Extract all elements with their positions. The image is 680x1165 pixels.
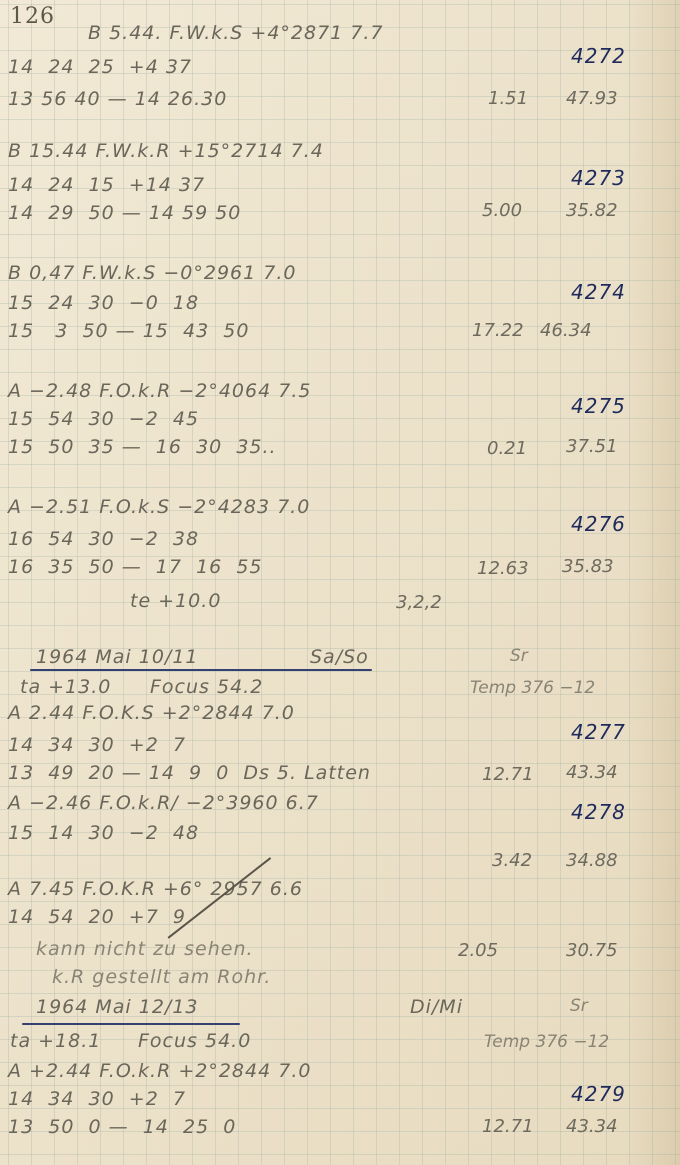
observation-id: 4274 — [571, 280, 626, 304]
value-2: 43.34 — [566, 1116, 618, 1137]
observation-id: 4278 — [571, 800, 626, 824]
session-day: Di/Mi — [410, 996, 463, 1018]
entry-header: B 15.44 F.W.k.R +15°2714 7.4 — [8, 140, 324, 162]
entry-header: A +2.44 F.O.k.R +2°2844 7.0 — [8, 1060, 311, 1082]
air-temperature: ta +13.0 — [20, 676, 111, 698]
value-1: 1.51 — [488, 88, 528, 109]
entry-row-2: 15 3 50 — 15 43 50 — [8, 320, 249, 342]
value-2: 46.34 — [540, 320, 592, 341]
value-2: 47.93 — [566, 88, 618, 109]
entry-row-1: 16 54 30 −2 38 — [8, 528, 199, 550]
entry-row-1: 14 34 30 +2 7 — [8, 1088, 186, 1110]
entry-header: A 2.44 F.O.K.S +2°2844 7.0 — [8, 702, 295, 724]
value-1: 12.71 — [482, 764, 534, 785]
observer-mark: Sr — [510, 646, 528, 666]
value-1: 3.42 — [492, 850, 532, 871]
observation-id: 4279 — [571, 1082, 626, 1106]
entry-header: A −2.46 F.O.k.R/ −2°3960 6.7 — [8, 792, 319, 814]
observation-id: 4276 — [571, 512, 626, 536]
session-underline — [22, 1023, 240, 1025]
value-1: 0.21 — [487, 438, 527, 459]
session-day: Sa/So — [310, 646, 369, 668]
entry-header: A 7.45 F.O.K.R +6° 2957 6.6 — [8, 878, 303, 900]
entry-header: A −2.51 F.O.k.S −2°4283 7.0 — [8, 496, 310, 518]
entry-row-2: 16 35 50 — 17 16 55 — [8, 556, 263, 578]
value-1: 12.63 — [477, 558, 529, 579]
entry-row-2: 13 50 0 — 14 25 0 — [8, 1116, 236, 1138]
entry-row-1: 14 24 15 +14 37 — [8, 174, 205, 196]
value-2: 37.51 — [566, 436, 618, 457]
value-2: 43.34 — [566, 762, 618, 783]
observation-id: 4272 — [571, 44, 626, 68]
entry-row-1: 15 14 30 −2 48 — [8, 822, 199, 844]
entry-row-1: 14 24 25 +4 37 — [8, 56, 192, 78]
observation-id: 4273 — [571, 166, 626, 190]
value-2: 30.75 — [566, 940, 618, 961]
temperature-reading: Temp 376 −12 — [484, 1032, 609, 1052]
entry-row-1: 14 34 30 +2 7 — [8, 734, 186, 756]
value-1: 17.22 — [472, 320, 524, 341]
entry-row-2: 13 49 20 — 14 9 0 Ds 5. Latten — [8, 762, 371, 784]
temperature-reading: Temp 376 −12 — [470, 678, 595, 698]
page-number: 126 — [10, 4, 55, 29]
value-1: 5.00 — [482, 200, 522, 221]
value-2: 34.88 — [566, 850, 618, 871]
remark: k.R gestellt am Rohr. — [52, 966, 271, 988]
observation-id: 4277 — [571, 720, 626, 744]
entry-header: B 0,47 F.W.k.S −0°2961 7.0 — [8, 262, 296, 284]
session-date: 1964 Mai 10/11 — [36, 646, 199, 668]
entry-row-2: 13 56 40 — 14 26.30 — [8, 88, 227, 110]
value-2: 35.83 — [562, 556, 614, 577]
session-date: 1964 Mai 12/13 — [36, 996, 199, 1018]
focus-setting: Focus 54.0 — [138, 1030, 251, 1052]
entry-row-2: 15 50 35 — 16 30 35.. — [8, 436, 277, 458]
value-1: 12.71 — [482, 1116, 534, 1137]
observer-mark: Sr — [570, 996, 588, 1016]
entry-row-1: 15 24 30 −0 18 — [8, 292, 199, 314]
entry-header: B 5.44. F.W.k.S +4°2871 7.7 — [88, 22, 384, 44]
value-2: 35.82 — [566, 200, 618, 221]
temperature-note: te +10.0 — [130, 590, 221, 612]
value-1: 2.05 — [458, 940, 498, 961]
session-underline — [30, 669, 372, 671]
focus-setting: Focus 54.2 — [150, 676, 263, 698]
note-value: 3,2,2 — [396, 592, 442, 613]
entry-row-2: 14 29 50 — 14 59 50 — [8, 202, 241, 224]
entry-row-1: 15 54 30 −2 45 — [8, 408, 199, 430]
observation-id: 4275 — [571, 394, 626, 418]
air-temperature: ta +18.1 — [10, 1030, 101, 1052]
remark: kann nicht zu sehen. — [36, 938, 254, 960]
entry-header: A −2.48 F.O.k.R −2°4064 7.5 — [8, 380, 311, 402]
entry-row-1: 14 54 20 +7 9 — [8, 906, 186, 928]
notebook-page: 126 B 5.44. F.W.k.S +4°2871 7.7 4272 14 … — [0, 0, 680, 1165]
